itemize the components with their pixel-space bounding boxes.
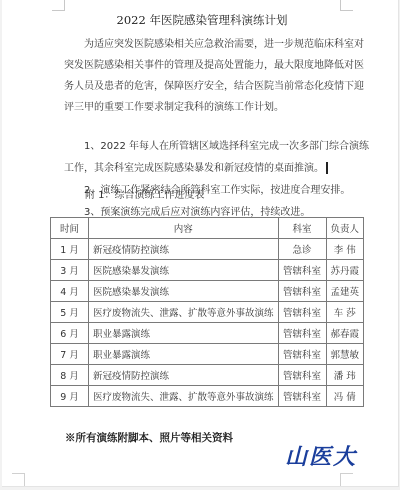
- cell-department[interactable]: 管辖科室: [278, 344, 326, 365]
- table-row: 7 月 职业暴露演练 管辖科室 郭慧敏: [51, 344, 364, 365]
- document-title: 2022 年医院感染管理科演练计划: [2, 12, 400, 28]
- intro-line: 评三甲的重要工作要求制定我科的演练工作计划。: [64, 97, 344, 118]
- cell-time[interactable]: 7 月: [51, 344, 89, 365]
- cell-person[interactable]: 郝春霞: [326, 323, 364, 344]
- header-content: 内容: [89, 218, 279, 239]
- intro-line: 务人员及患者的危害，保障医疗安全，结合医院当前常态化疫情下迎: [64, 76, 344, 97]
- margin-corner-marker: [12, 473, 25, 486]
- table-row: 4 月 医院感染暴发演练 管辖科室 孟建英: [51, 281, 364, 302]
- schedule-table: 时间 内容 科室 负责人 1 月 新冠疫情防控演练 急诊 李 伟 3 月 医院感…: [50, 217, 364, 407]
- margin-corner-marker: [340, 473, 353, 486]
- plan-item-1-text: 工作，其余科室完成医院感染暴发和新冠疫情的桌面推演。: [64, 163, 324, 174]
- plan-item-1-line1: 1、2022 年每人在所管辖区域选择科室完成一次多部门综合演练: [64, 136, 369, 158]
- appendix-label: 附 1：综合演练工作进度表: [85, 186, 205, 201]
- cell-department[interactable]: 管辖科室: [278, 386, 326, 407]
- cell-person[interactable]: 冯 倩: [326, 386, 364, 407]
- margin-corner-marker: [52, 0, 65, 11]
- header-department: 科室: [278, 218, 326, 239]
- cell-department[interactable]: 管辖科室: [278, 323, 326, 344]
- cell-department[interactable]: 管辖科室: [278, 281, 326, 302]
- cell-person[interactable]: 郭慧敏: [326, 344, 364, 365]
- cell-department[interactable]: 急诊: [278, 239, 326, 260]
- cell-person[interactable]: 李 伟: [326, 239, 364, 260]
- table-row: 5 月 医疗废物流失、泄露、扩散等意外事故演练 管辖科室 车 莎: [51, 302, 364, 323]
- cell-department[interactable]: 管辖科室: [278, 365, 326, 386]
- plan-item-1-line2: 工作，其余科室完成医院感染暴发和新冠疫情的桌面推演。: [64, 158, 369, 180]
- cell-content[interactable]: 医疗废物流失、泄露、扩散等意外事故演练: [89, 386, 279, 407]
- text-cursor: [326, 162, 328, 174]
- footnote: ※所有演练附脚本、照片等相关资料: [65, 430, 233, 445]
- cell-content[interactable]: 医院感染暴发演练: [89, 260, 279, 281]
- header-time: 时间: [51, 218, 89, 239]
- margin-corner-marker: [340, 0, 353, 11]
- document-page: 2022 年医院感染管理科演练计划 为适应突发医院感染相关应急救治需要，进一步规…: [2, 0, 399, 487]
- table-row: 3 月 医院感染暴发演练 管辖科室 苏丹霞: [51, 260, 364, 281]
- cell-time[interactable]: 5 月: [51, 302, 89, 323]
- cell-content[interactable]: 职业暴露演练: [89, 323, 279, 344]
- cell-content[interactable]: 医疗废物流失、泄露、扩散等意外事故演练: [89, 302, 279, 323]
- cell-content[interactable]: 新冠疫情防控演练: [89, 365, 279, 386]
- table-header-row: 时间 内容 科室 负责人: [51, 218, 364, 239]
- cell-time[interactable]: 4 月: [51, 281, 89, 302]
- cell-person[interactable]: 潘 玮: [326, 365, 364, 386]
- cell-time[interactable]: 1 月: [51, 239, 89, 260]
- cell-content[interactable]: 新冠疫情防控演练: [89, 239, 279, 260]
- cell-time[interactable]: 3 月: [51, 260, 89, 281]
- cell-person[interactable]: 车 莎: [326, 302, 364, 323]
- plan-items[interactable]: 1、2022 年每人在所管辖区域选择科室完成一次多部门综合演练 工作，其余科室完…: [64, 136, 369, 224]
- cell-time[interactable]: 9 月: [51, 386, 89, 407]
- cell-department[interactable]: 管辖科室: [278, 302, 326, 323]
- table-row: 6 月 职业暴露演练 管辖科室 郝春霞: [51, 323, 364, 344]
- intro-paragraph[interactable]: 为适应突发医院感染相关应急救治需要，进一步规范临床科室对 突发医院感染相关事件的…: [64, 34, 344, 118]
- cell-content[interactable]: 职业暴露演练: [89, 344, 279, 365]
- table-row: 9 月 医疗废物流失、泄露、扩散等意外事故演练 管辖科室 冯 倩: [51, 386, 364, 407]
- table-row: 1 月 新冠疫情防控演练 急诊 李 伟: [51, 239, 364, 260]
- header-person-in-charge: 负责人: [326, 218, 364, 239]
- cell-department[interactable]: 管辖科室: [278, 260, 326, 281]
- intro-line: 突发医院感染相关事件的管理及提高处置能力，最大限度地降低对医: [64, 55, 344, 76]
- university-logo: 山医大: [285, 440, 357, 471]
- cell-content[interactable]: 医院感染暴发演练: [89, 281, 279, 302]
- cell-time[interactable]: 6 月: [51, 323, 89, 344]
- cell-person[interactable]: 苏丹霞: [326, 260, 364, 281]
- intro-line: 为适应突发医院感染相关应急救治需要，进一步规范临床科室对: [64, 34, 344, 55]
- table-row: 8 月 新冠疫情防控演练 管辖科室 潘 玮: [51, 365, 364, 386]
- cell-time[interactable]: 8 月: [51, 365, 89, 386]
- cell-person[interactable]: 孟建英: [326, 281, 364, 302]
